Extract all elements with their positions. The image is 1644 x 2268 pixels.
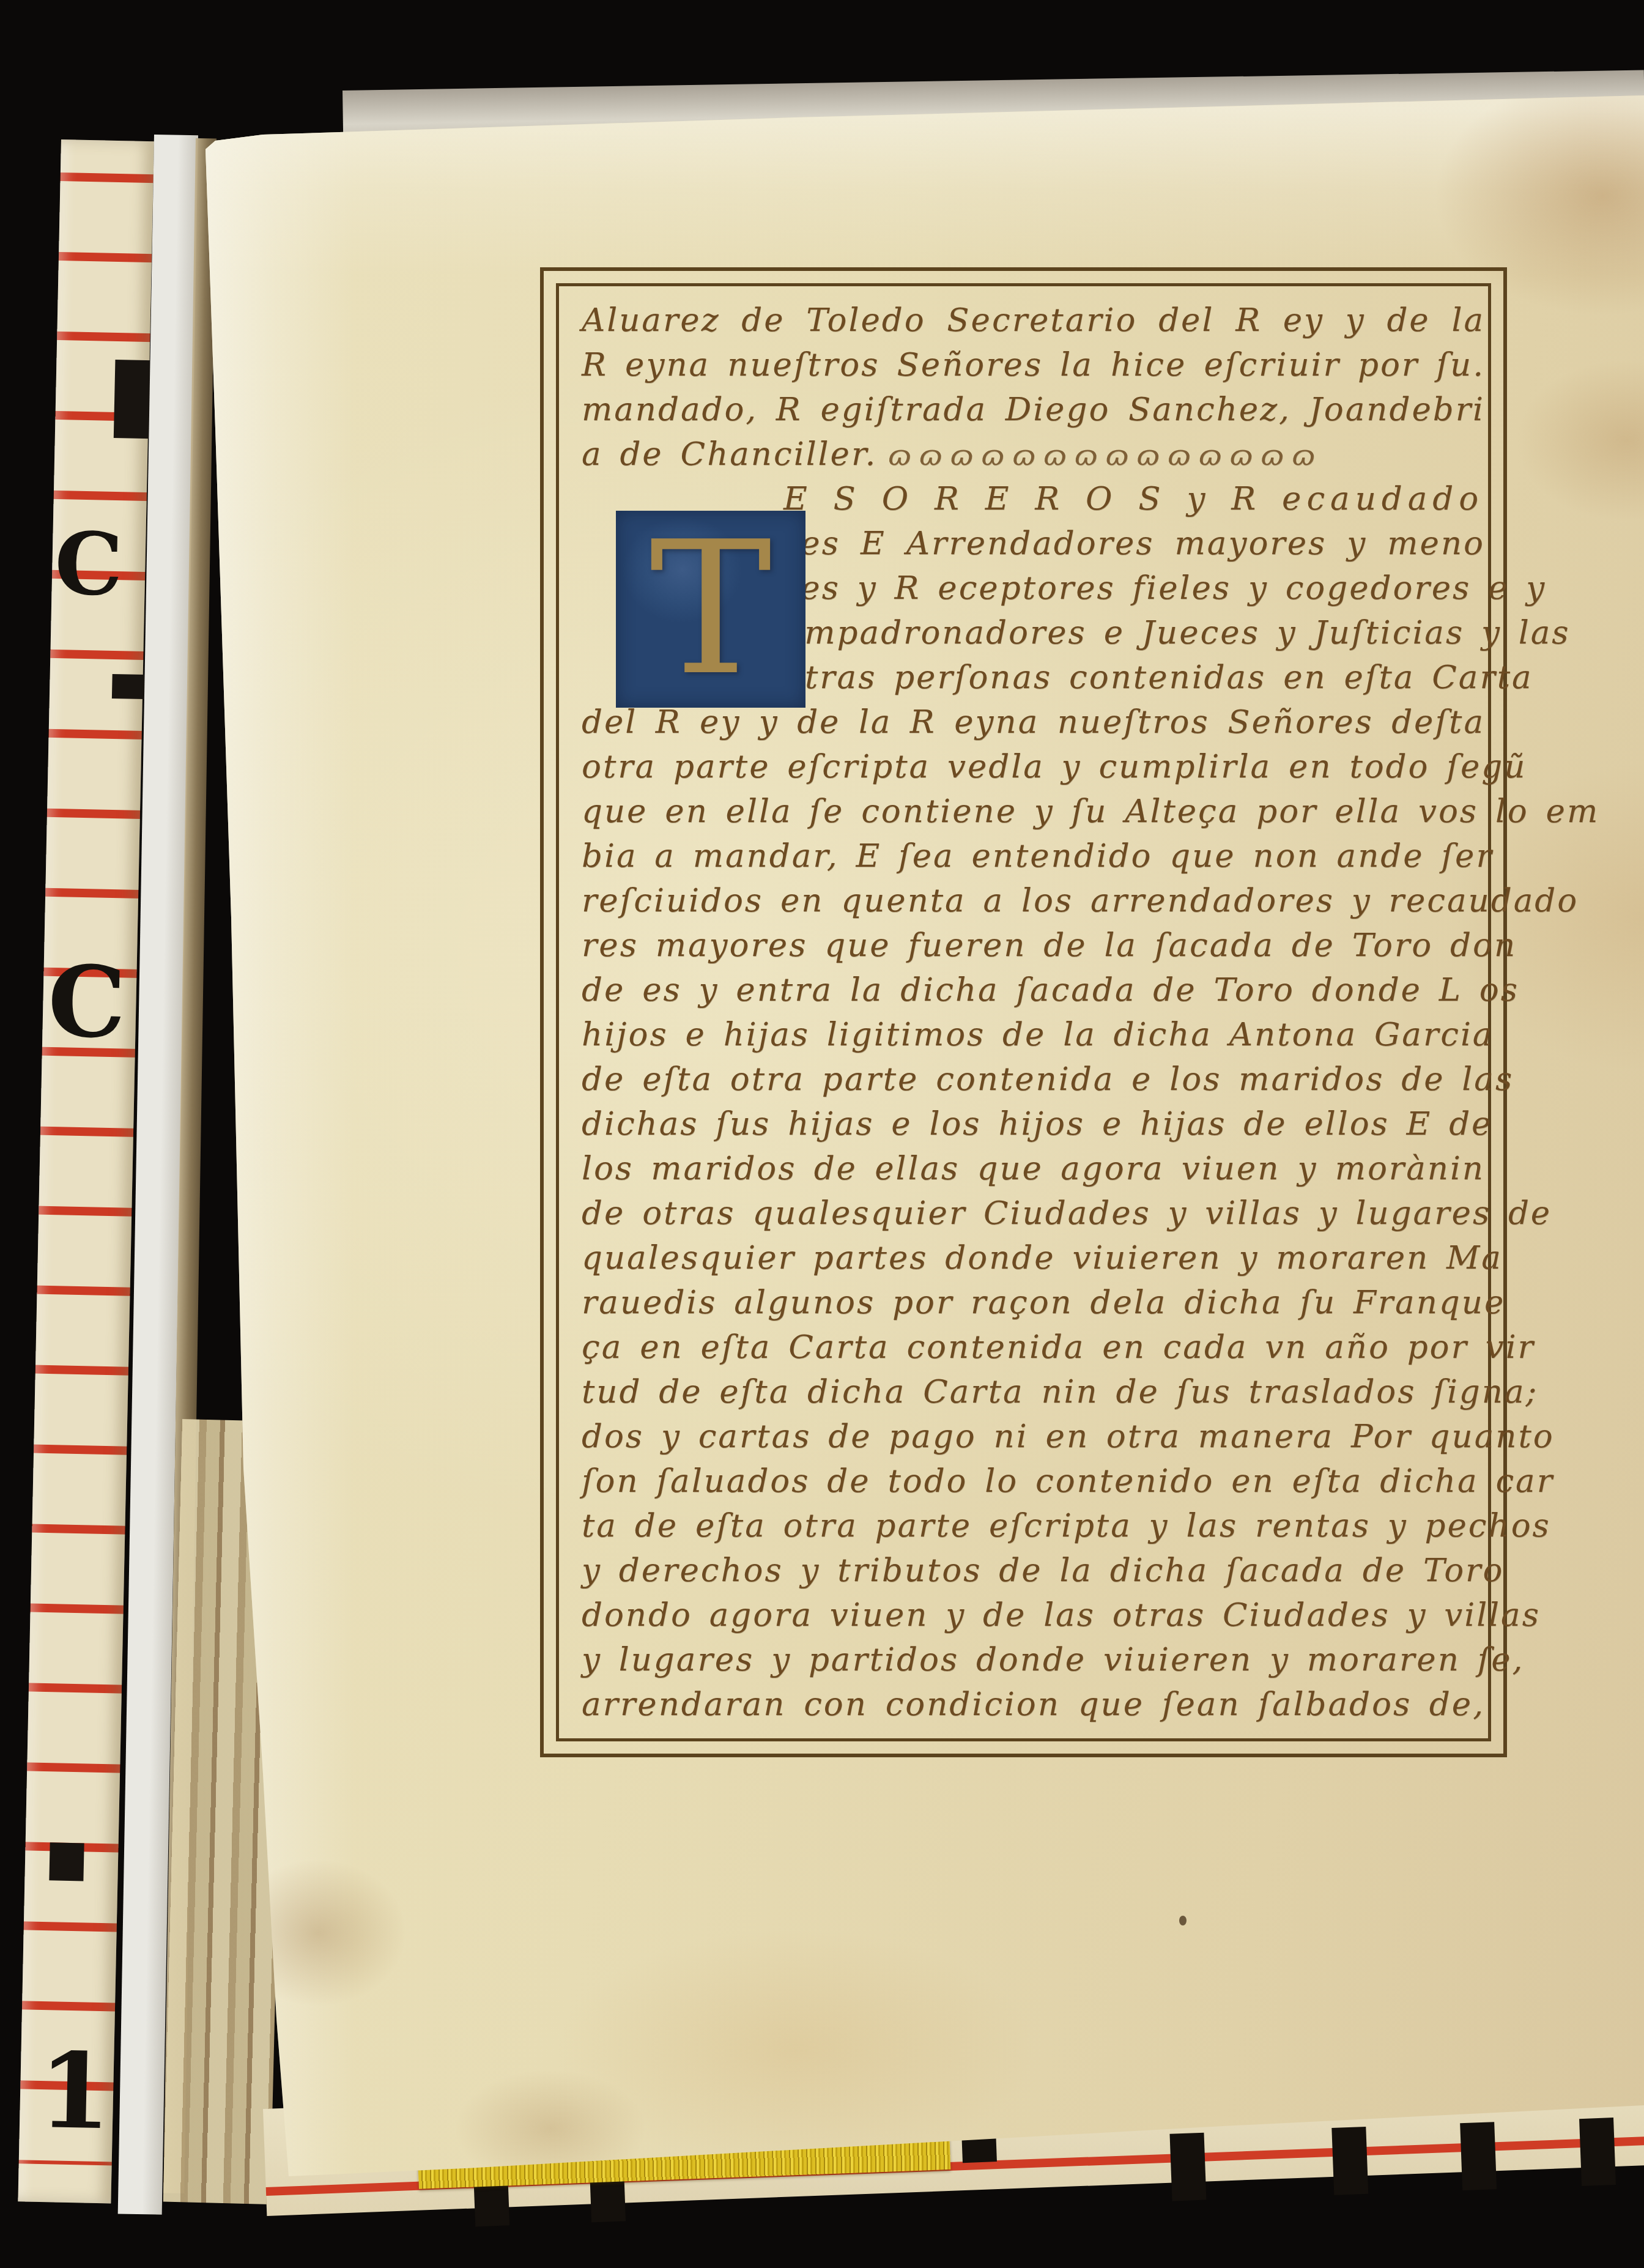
manuscript-line: Aluarez de Toledo Secretario del R ey y …	[582, 298, 1485, 343]
edge-tick	[1331, 2127, 1368, 2195]
edge-mark-numeral-1: 1	[37, 2029, 112, 2153]
manuscript-line: empadronadores e Jueces y Juſticias y la…	[783, 610, 1485, 655]
manuscript-line: mandado, R egiſtrada Diego Sanchez, Joan…	[582, 387, 1485, 432]
text-frame-outer: T Aluarez de Toledo Secretario del R ey …	[540, 267, 1507, 1757]
edge-tick	[1460, 2122, 1497, 2190]
manuscript-line: tud de eſta dicha Carta nin de ſus trasl…	[582, 1369, 1485, 1414]
manuscript-line: arrendaran con condicion que ſean ſalbad…	[582, 1682, 1485, 1727]
manuscript-line: R eyna nueſtros Señores la hice eſcriuir…	[582, 343, 1485, 387]
manuscript-line: otra parte eſcripta vedla y cumplirla en…	[582, 744, 1485, 789]
edge-mark-letter-c-2: C	[47, 944, 127, 1061]
ink-speck	[1179, 1916, 1187, 1925]
manuscript-line: dondo agora viuen y de las otras Ciudade…	[582, 1593, 1485, 1637]
manuscript-line: otras perſonas contenidas en eſta Carta	[783, 655, 1485, 700]
manuscript-line: res E Arrendadores mayores y meno	[783, 521, 1485, 566]
manuscript-line: hijos e hijas ligitimos de la dicha Anto…	[582, 1012, 1485, 1057]
manuscript-photo: { "manuscript": { "initial": "T", "flour…	[0, 0, 1644, 2268]
manuscript-line: res mayores que fueren de la ſacada de T…	[582, 923, 1485, 968]
edge-tick	[1579, 2118, 1616, 2186]
manuscript-line: rauedis algunos por raçon dela dicha ſu …	[582, 1280, 1485, 1325]
edge-mark-block-1	[114, 360, 154, 439]
edge-mark-letter-c-1: C	[54, 514, 124, 615]
text-block: T Aluarez de Toledo Secretario del R ey …	[582, 298, 1485, 1727]
manuscript-line: dichas ſus hijas e los hijos e hijas de …	[582, 1102, 1485, 1146]
edge-mark-block-3	[49, 1842, 84, 1881]
manuscript-line: de eſta otra parte contenida e los marid…	[582, 1057, 1485, 1102]
manuscript-line: qualesquier partes donde viuieren y mora…	[582, 1236, 1485, 1280]
manuscript-line: ça en eſta Carta contenida en cada vn añ…	[582, 1325, 1485, 1369]
manuscript-line: ta de eſta otra parte eſcripta y las ren…	[582, 1503, 1485, 1548]
manuscript-line: los maridos de ellas que agora viuen y m…	[582, 1146, 1485, 1191]
manuscript-line: res y R eceptores fieles y cogedores e y	[783, 566, 1485, 610]
illuminated-initial-block: T	[616, 511, 805, 708]
initial-letter: T	[616, 511, 805, 708]
manuscript-line: a de Chanciller.ɷɷɷɷɷɷɷɷɷɷɷɷɷɷ	[582, 432, 1485, 476]
manuscript-line: ſon ſaluados de todo lo contenido en eſt…	[582, 1459, 1485, 1503]
manuscript-line: que en ella ſe contiene y ſu Alteça por …	[582, 789, 1485, 834]
line-filler-flourish: ɷɷɷɷɷɷɷɷɷɷɷɷɷɷ	[888, 439, 1323, 472]
manuscript-line: y lugares y partidos donde viuieren y mo…	[582, 1637, 1485, 1682]
manuscript-line: E S O R E R O S y R ecaudado	[783, 476, 1485, 521]
manuscript-line: de otras qualesquier Ciudades y villas y…	[582, 1191, 1485, 1236]
manuscript-line: de es y entra la dicha ſacada de Toro do…	[582, 968, 1485, 1012]
edge-mark-block-2	[112, 674, 146, 699]
manuscript-line: reſciuidos en quenta a los arrendadores …	[582, 878, 1485, 923]
manuscript-line: y derechos y tributos de la dicha ſacada…	[582, 1548, 1485, 1593]
line-text: a de Chanciller.	[582, 435, 877, 473]
manuscript-line: dos y cartas de pago ni en otra manera P…	[582, 1414, 1485, 1459]
manuscript-line: bia a mandar, E ſea entendido que non an…	[582, 834, 1485, 878]
edge-tick	[1169, 2133, 1206, 2201]
